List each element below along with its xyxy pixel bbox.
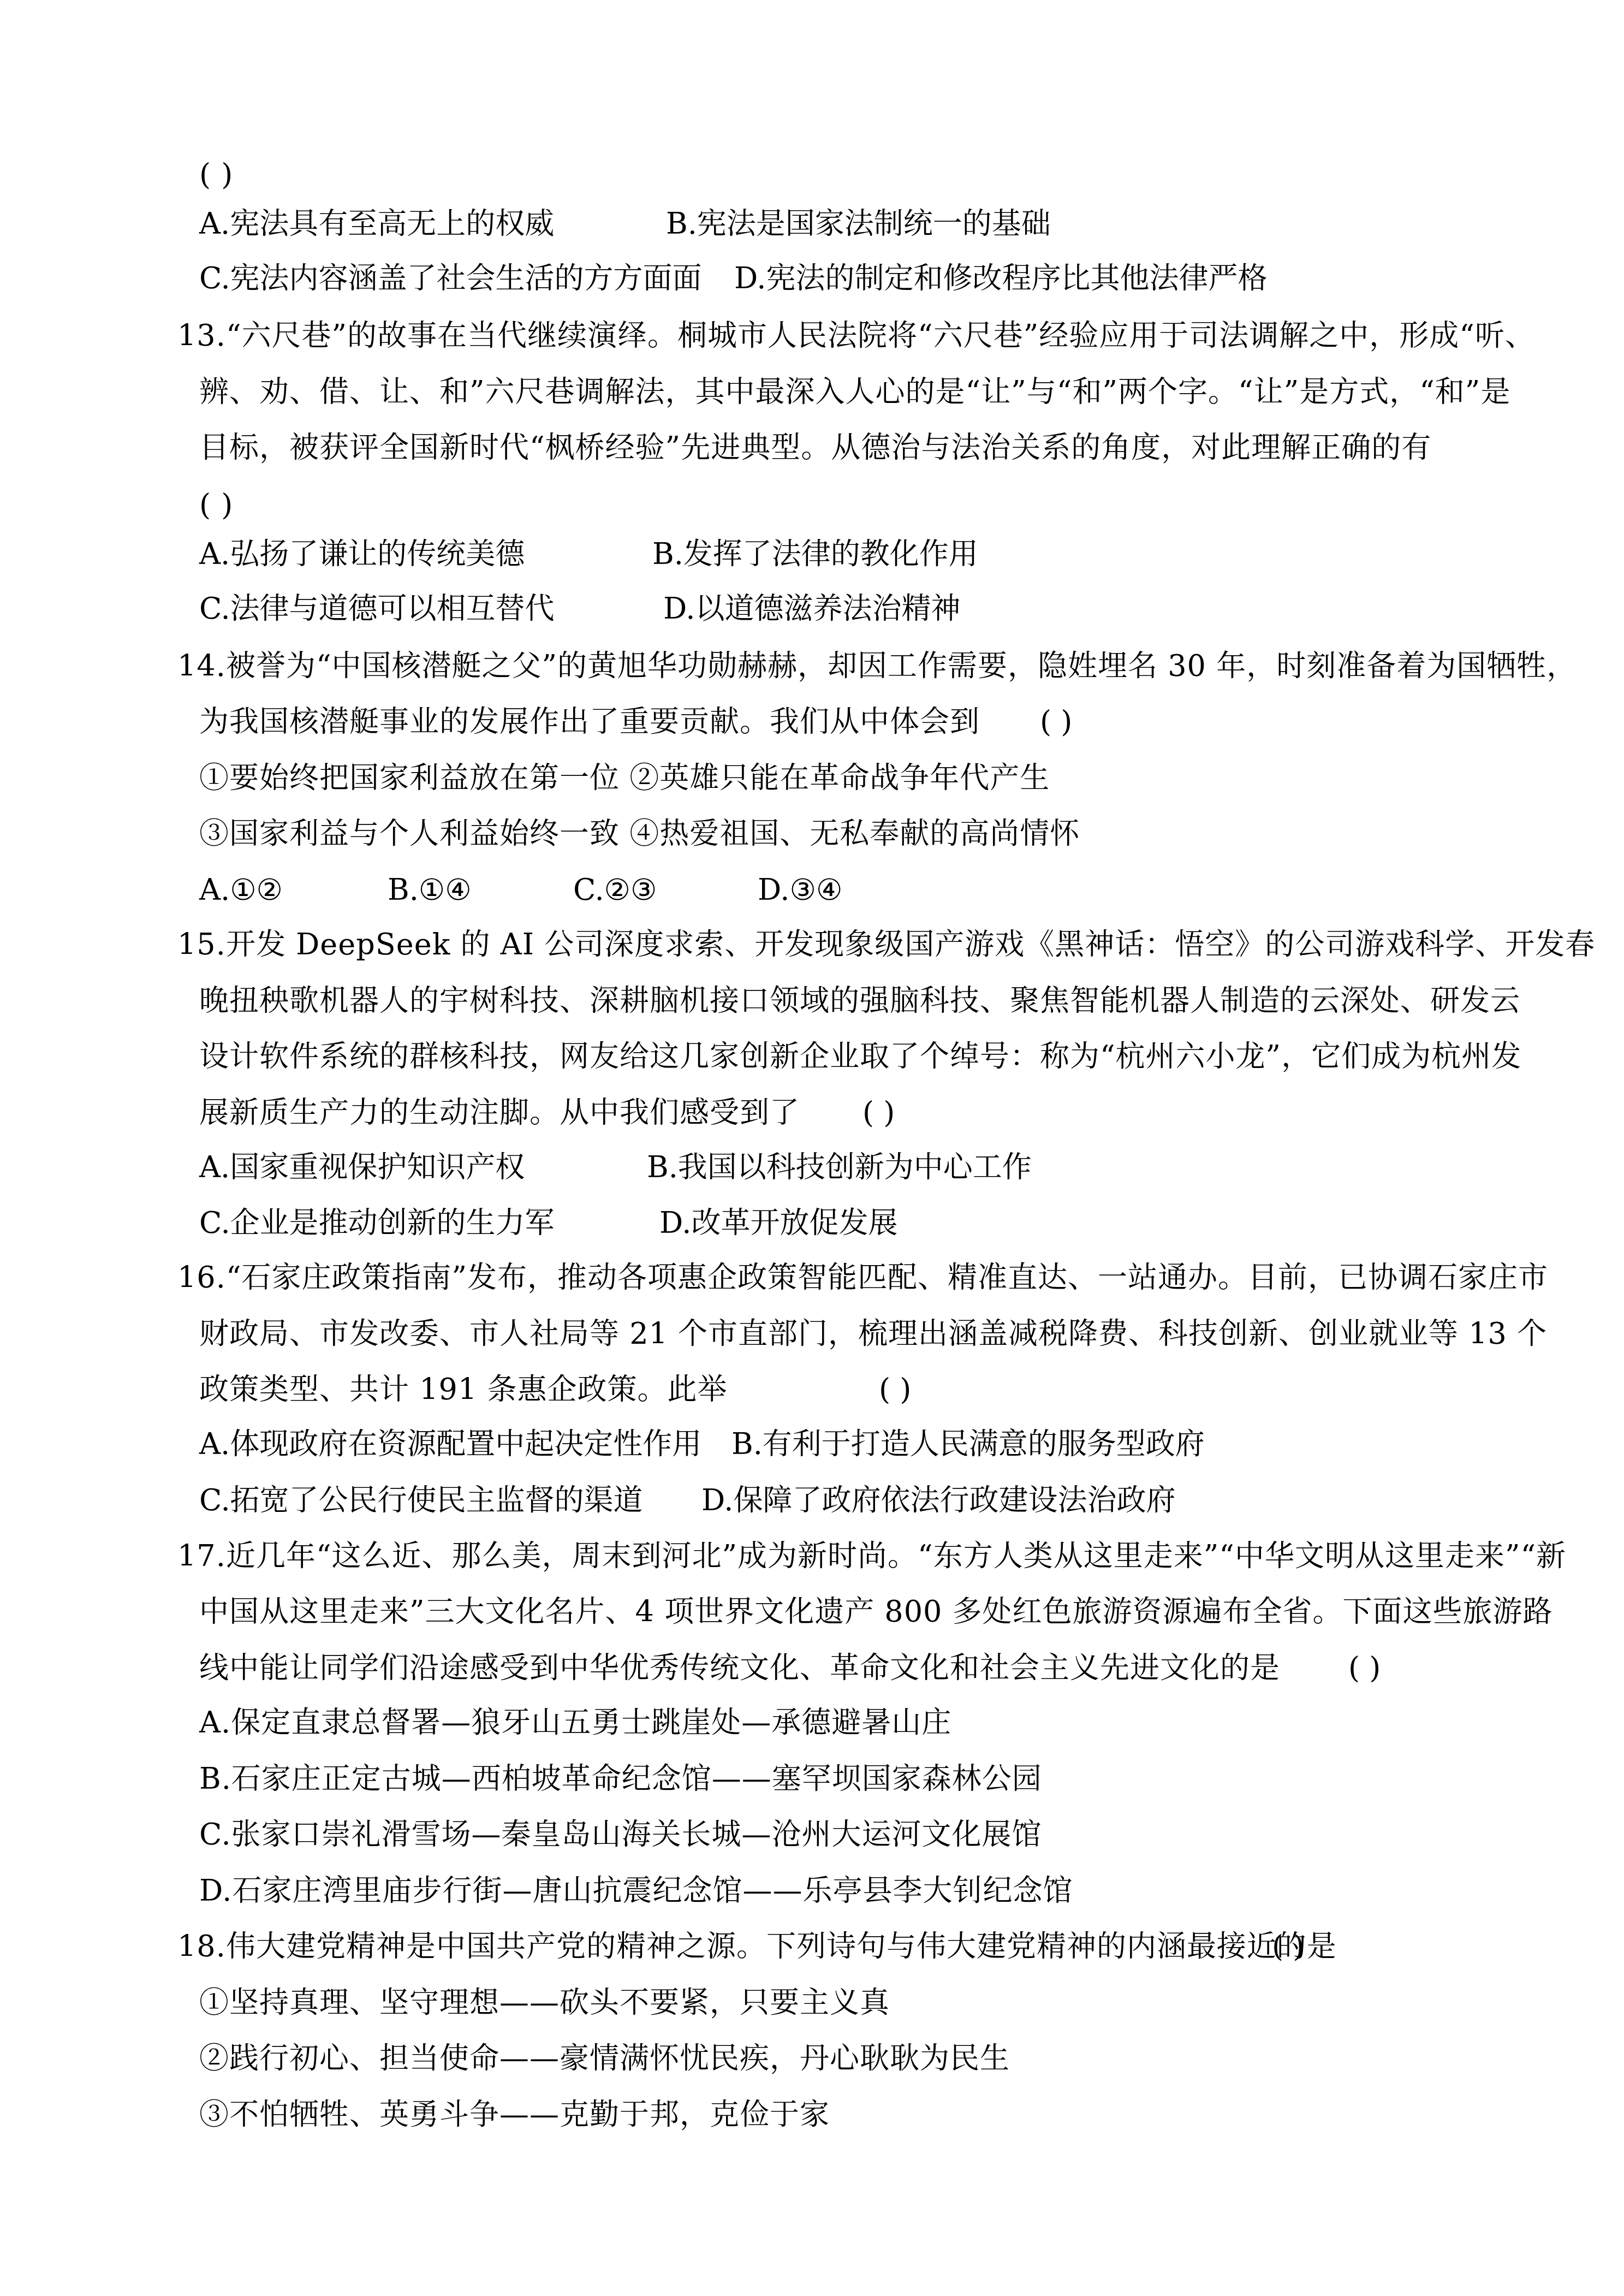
q13-stem-line-2: 辨、劝、借、让、和”六尺巷调解法，其中最深入人心的是“让”与“和”两个字。“让”… — [199, 376, 1510, 408]
q15-stem-line-1: 15.开发 DeepSeek 的 AI 公司深度求索、开发现象级国产游戏《黑神话… — [177, 928, 1595, 961]
q15-option-b: B.我国以科技创新为中心工作 — [647, 1151, 1032, 1184]
q12-option-d: D.宪法的制定和修改程序比其他法律严格 — [734, 262, 1268, 295]
q17-stem-line-1: 17.近几年“这么近、那么美，周末到河北”成为新时尚。“东方人类从这里走来”“中… — [177, 1540, 1566, 1573]
q16-option-b: B.有利于打造人民满意的服务型政府 — [731, 1428, 1205, 1461]
q16-stem-line-2: 财政局、市发改委、市人社局等 21 个市直部门，梳理出涵盖减税降费、科技创新、创… — [199, 1318, 1547, 1350]
q16-option-d: D.保障了政府依法行政建设法治政府 — [701, 1484, 1176, 1517]
q17-stem-line-3: 线中能让同学们沿途感受到中华优秀传统文化、革命文化和社会主义先进文化的是 — [199, 1652, 1280, 1684]
q18-statement-3: ③不怕牺牲、英勇斗争——克勤于邦，克俭于家 — [199, 2098, 830, 2131]
q18-stem: 18.伟大建党精神是中国共产党的精神之源。下列诗句与伟大建党精神的内涵最接近的是 — [177, 1930, 1337, 1963]
q15-option-d: D.改革开放促发展 — [659, 1207, 898, 1239]
q14-stem-line-1: 14.被誉为“中国核潜艇之父”的黄旭华功勋赫赫，却因工作需要，隐姓埋名 30 年… — [177, 650, 1577, 683]
q15-stem-line-2: 晚扭秧歌机器人的宇树科技、深耕脑机接口领域的强脑科技、聚焦智能机器人制造的云深处… — [199, 984, 1520, 1017]
q15-option-c: C.企业是推动创新的生力军 — [199, 1207, 555, 1239]
q15-answer-bracket: ( ) — [862, 1096, 895, 1129]
q16-stem-line-1: 16.“石家庄政策指南”发布，推动各项惠企政策智能匹配、精准直达、一站通办。目前… — [177, 1261, 1548, 1294]
exam-page: ( ) A.宪法具有至高无上的权威 B.宪法是国家法制统一的基础 C.宪法内容涵… — [0, 0, 1624, 2296]
q18-statement-2: ②践行初心、担当使命——豪情满怀忧民疾，丹心耿耿为民生 — [199, 2042, 1010, 2075]
q13-answer-bracket: ( ) — [199, 489, 233, 521]
q13-stem-line-1: 13.“六尺巷”的故事在当代继续演绎。桐城市人民法院将“六尺巷”经验应用于司法调… — [177, 319, 1535, 352]
q12-option-c: C.宪法内容涵盖了社会生活的方方面面 — [199, 262, 702, 295]
q16-answer-bracket: ( ) — [879, 1373, 911, 1406]
q13-option-c: C.法律与道德可以相互替代 — [199, 592, 555, 625]
q15-stem-line-3: 设计软件系统的群核科技，网友给这几家创新企业取了个绰号：称为“杭州六小龙”，它们… — [199, 1040, 1521, 1073]
q12-option-a: A.宪法具有至高无上的权威 — [199, 207, 554, 240]
q16-option-c: C.拓宽了公民行使民主监督的渠道 — [199, 1484, 643, 1517]
q17-stem-line-2: 中国从这里走来”三大文化名片、4 项世界文化遗产 800 多处红色旅游资源遍布全… — [199, 1595, 1553, 1628]
q14-option-a: A.①② — [199, 874, 283, 906]
q13-option-a: A.弘扬了谦让的传统美德 — [199, 538, 525, 571]
q17-option-c: C.张家口崇礼滑雪场—秦皇岛山海关长城—沧州大运河文化展馆 — [199, 1818, 1042, 1851]
q14-option-b: B.①④ — [388, 874, 472, 906]
q17-option-d: D.石家庄湾里庙步行街—唐山抗震纪念馆——乐亭县李大钊纪念馆 — [199, 1874, 1073, 1907]
q14-option-d: D.③④ — [758, 874, 842, 906]
q18-answer-bracket: ( ) — [1272, 1930, 1304, 1963]
q15-stem-line-4: 展新质生产力的生动注脚。从中我们感受到了 — [199, 1096, 800, 1129]
q14-stem-line-2: 为我国核潜艇事业的发展作出了重要贡献。我们从中体会到 — [199, 705, 980, 738]
q15-option-a: A.国家重视保护知识产权 — [199, 1151, 525, 1184]
q17-answer-bracket: ( ) — [1348, 1652, 1381, 1684]
q17-option-a: A.保定直隶总督署—狼牙山五勇士跳崖处—承德避暑山庄 — [199, 1706, 951, 1739]
q17-option-b: B.石家庄正定古城—西柏坡革命纪念馆——塞罕坝国家森林公园 — [199, 1763, 1042, 1795]
q12-answer-bracket: ( ) — [199, 158, 233, 191]
q14-statements-line-1: ①要始终把国家利益放在第一位 ②英雄只能在革命战争年代产生 — [199, 762, 1050, 794]
q16-stem-line-3: 政策类型、共计 191 条惠企政策。此举 — [199, 1373, 727, 1406]
q14-statements-line-2: ③国家利益与个人利益始终一致 ④热爱祖国、无私奉献的高尚情怀 — [199, 817, 1080, 850]
q14-option-c: C.②③ — [573, 874, 657, 906]
q18-statement-1: ①坚持真理、坚守理想——砍头不要紧，只要主义真 — [199, 1986, 890, 2019]
q13-stem-line-3: 目标，被获评全国新时代“枫桥经验”先进典型。从德治与法治关系的角度，对此理解正确… — [199, 431, 1431, 464]
q16-option-a: A.体现政府在资源配置中起决定性作用 — [199, 1428, 701, 1461]
q13-option-d: D.以道德滋养法治精神 — [663, 592, 961, 625]
q13-option-b: B.发挥了法律的教化作用 — [652, 538, 978, 571]
q12-option-b: B.宪法是国家法制统一的基础 — [666, 207, 1051, 240]
q14-answer-bracket: ( ) — [1040, 705, 1072, 738]
